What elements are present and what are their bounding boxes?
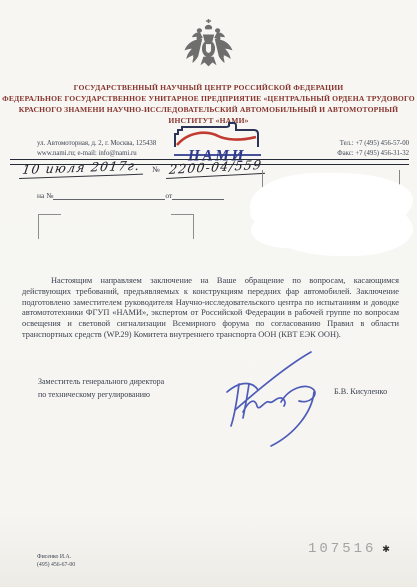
handwritten-signature-icon	[215, 340, 333, 450]
outgoing-ref-line: 10 июля 2017г. № 2200-04/559	[19, 162, 279, 184]
stamp-star-icon: ✱	[382, 542, 389, 556]
org-header-line: КРАСНОГО ЗНАМЕНИ НАУЧНО-ИССЛЕДОВАТЕЛЬСКИ…	[0, 105, 417, 116]
address-block: ул. Автомоторная, д. 2, г. Москва, 12543…	[37, 139, 156, 158]
reply-ref-line: на №от	[37, 191, 224, 200]
date-handwritten: 10 июля 2017г.	[19, 158, 145, 179]
phones-block: Тел.: +7 (495) 456-57-00 Факс: +7 (495) …	[337, 139, 409, 158]
org-header-line: ФЕДЕРАЛЬНОЕ ГОСУДАРСТВЕННОЕ УНИТАРНОЕ ПР…	[0, 94, 417, 105]
signer-title-line: по техническому регулированию	[38, 388, 164, 401]
signer-title: Заместитель генерального директора по те…	[38, 375, 164, 401]
addressee-corner-mark	[171, 214, 194, 239]
addressee-corner-mark	[38, 214, 61, 239]
executor-name: Фисенко И.А.	[37, 553, 75, 561]
signer-title-line: Заместитель генерального директора	[38, 375, 164, 388]
phone-line: Тел.: +7 (495) 456-57-00	[337, 139, 409, 149]
number-sign: №	[152, 165, 160, 174]
double-headed-eagle-icon	[180, 17, 237, 77]
executor-phone: (495) 456-67-00	[37, 561, 75, 569]
whiteout-redaction	[251, 212, 321, 248]
address-line: ул. Автомоторная, д. 2, г. Москва, 12543…	[37, 139, 156, 149]
reply-ref-from: от	[165, 191, 172, 200]
fax-line: Факс: +7 (495) 456-31-32	[337, 149, 409, 159]
stamp-number-digits: 107516	[308, 541, 376, 557]
signer-name: Б.В. Кисуленко	[334, 387, 387, 396]
executor-block: Фисенко И.А. (495) 456-67-00	[37, 553, 75, 569]
reply-number-blank	[53, 191, 165, 200]
body-paragraph: Настоящим направляем заключение на Ваше …	[22, 276, 399, 341]
scanned-letter-page: ГОСУДАРСТВЕННЫЙ НАУЧНЫЙ ЦЕНТР РОССИЙСКОЙ…	[0, 0, 417, 587]
stamp-number: 107516✱	[308, 541, 390, 557]
web-email-line: www.nami.ru; e-mail: info@nami.ru	[37, 149, 156, 159]
reply-date-blank	[172, 191, 224, 200]
reply-ref-prefix: на №	[37, 191, 53, 200]
org-header-line: ГОСУДАРСТВЕННЫЙ НАУЧНЫЙ ЦЕНТР РОССИЙСКОЙ…	[0, 83, 417, 94]
